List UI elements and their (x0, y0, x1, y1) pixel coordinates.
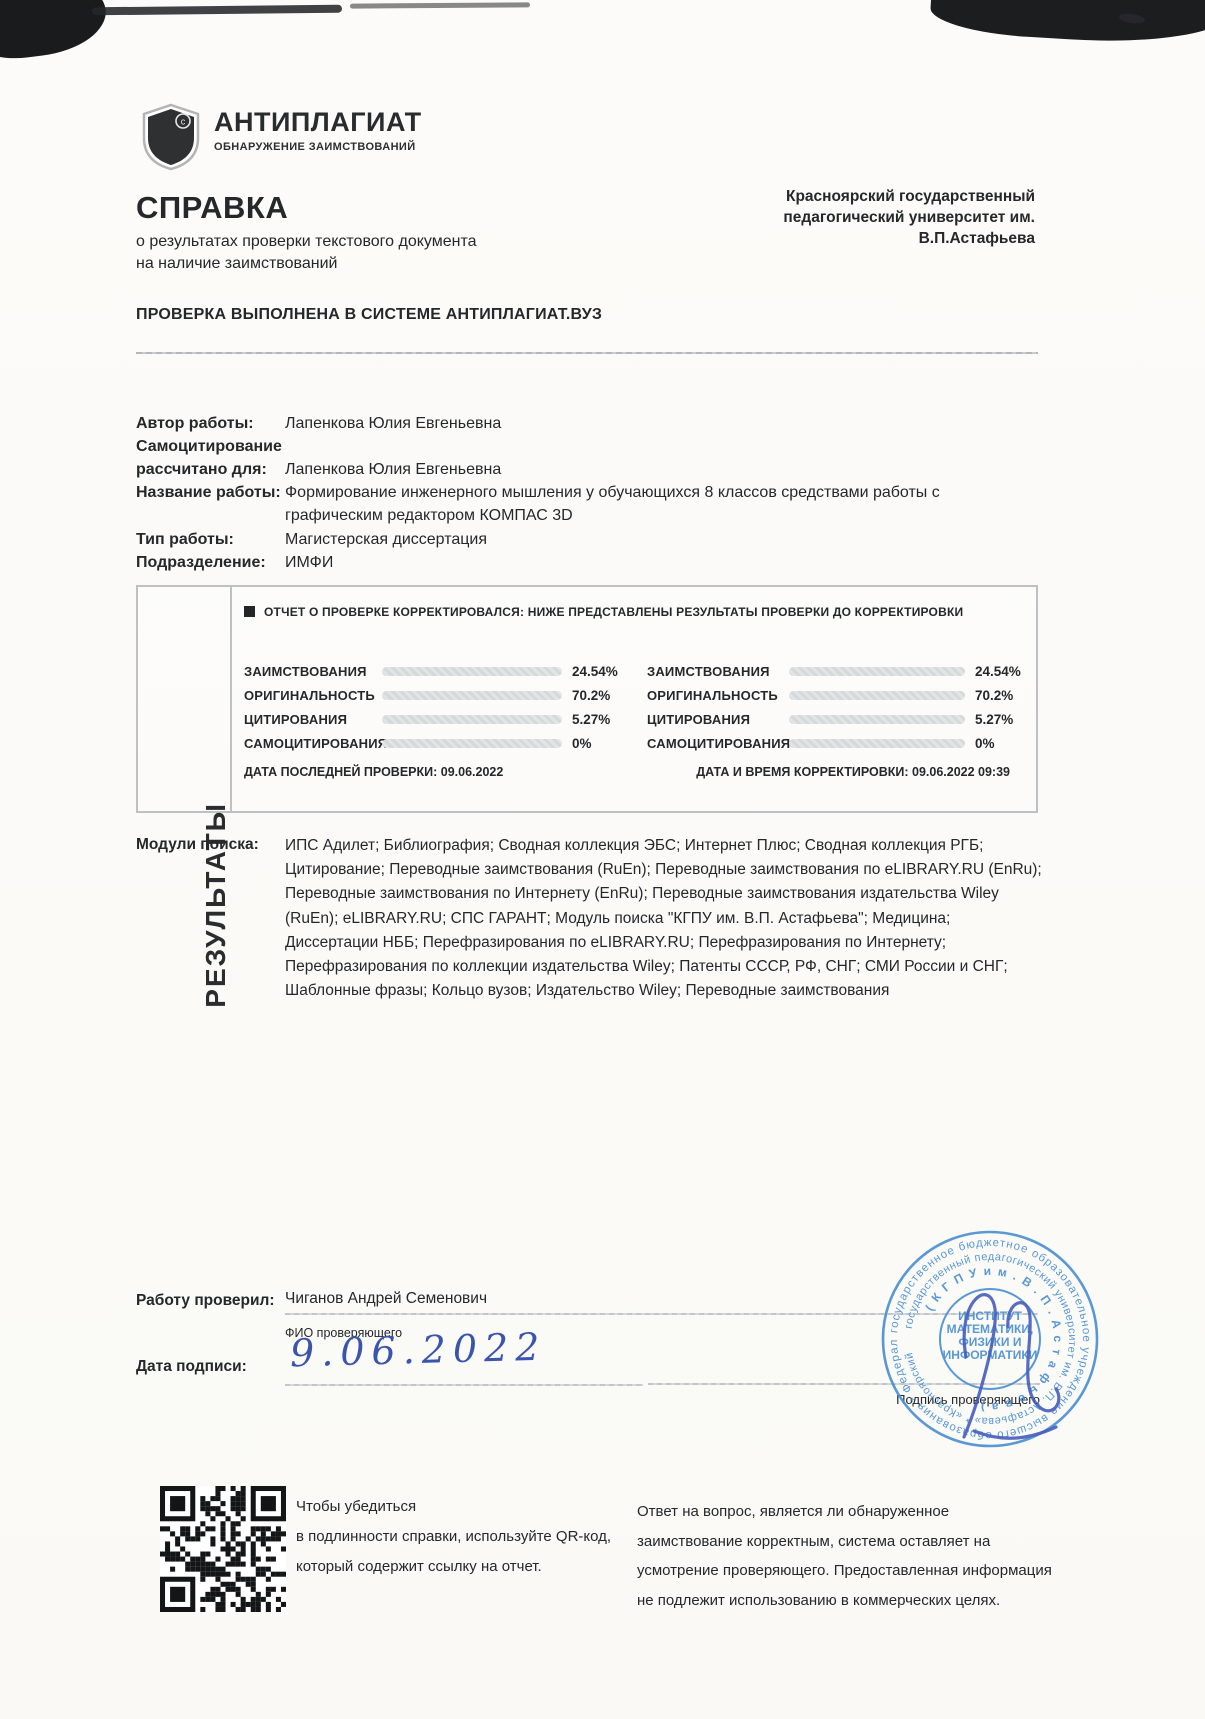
metric-row: САМОЦИТИРОВАНИЯ 0% (647, 731, 1021, 755)
metric-value: 70.2% (572, 688, 610, 703)
metric-label: ЦИТИРОВАНИЯ (244, 712, 382, 727)
correction-date: ДАТА И ВРЕМЯ КОРРЕКТИРОВКИ: 09.06.2022 0… (696, 765, 1010, 779)
metric-value: 5.27% (572, 712, 610, 727)
correction-notice-text: ОТЧЕТ О ПРОВЕРКЕ КОРРЕКТИРОВАЛСЯ: НИЖЕ П… (264, 605, 963, 619)
metric-row: САМОЦИТИРОВАНИЯ 0% (244, 731, 618, 755)
metric-row: ЦИТИРОВАНИЯ 5.27% (244, 707, 618, 731)
metric-label: САМОЦИТИРОВАНИЯ (244, 736, 382, 751)
logo-title: АНТИПЛАГИАТ (214, 109, 422, 136)
antiplagiat-logo: c АНТИПЛАГИАТ ОБНАРУЖЕНИЕ ЗАИМСТВОВАНИЙ (140, 103, 422, 171)
metric-value: 24.54% (572, 664, 618, 679)
modules-label: Модули поиска: (136, 836, 259, 854)
metric-value: 5.27% (975, 712, 1013, 727)
scan-artifact (92, 5, 342, 16)
scanned-certificate-page: c АНТИПЛАГИАТ ОБНАРУЖЕНИЕ ЗАИМСТВОВАНИЙ … (0, 0, 1205, 1719)
metric-bar (789, 691, 965, 700)
handwritten-date: 9.06.2022 (289, 1325, 546, 1376)
metric-bar (789, 667, 965, 676)
university-stamp: государственное бюджетное образовательно… (858, 1205, 1128, 1475)
metric-label: САМОЦИТИРОВАНИЯ (647, 736, 789, 751)
field-work-title: Название работы:Формирование инженерного… (136, 481, 1037, 527)
field-value: Формирование инженерного мышления у обуч… (285, 481, 1037, 527)
metric-row: ЗАИМСТВОВАНИЯ 24.54% (244, 659, 618, 683)
university-name: Красноярский государственный педагогичес… (782, 186, 1035, 249)
scan-artifact (929, 0, 1205, 49)
checked-by-label: Работу проверил: (136, 1292, 275, 1310)
logo-subtitle: ОБНАРУЖЕНИЕ ЗАИМСТВОВАНИЙ (214, 141, 422, 153)
metric-bar (382, 715, 562, 724)
svg-text:c: c (181, 117, 186, 127)
last-check-date: ДАТА ПОСЛЕДНЕЙ ПРОВЕРКИ: 09.06.2022 (244, 765, 503, 779)
checked-by-value: Чиганов Андрей Семенович (285, 1290, 487, 1308)
page-title: СПРАВКА (136, 190, 288, 226)
field-label: Тип работы: (136, 528, 285, 551)
field-value: ИМФИ (285, 551, 1037, 574)
disclaimer-text: Ответ на вопрос, является ли обнаруженно… (637, 1497, 1055, 1615)
sign-date-label: Дата подписи: (136, 1358, 247, 1376)
field-value: Лапенкова Юлия Евгеньевна (285, 412, 1037, 435)
field-value: Магистерская диссертация (285, 528, 1037, 551)
results-panel: РЕЗУЛЬТАТЫ ОТЧЕТ О ПРОВЕРКЕ КОРРЕКТИРОВА… (136, 585, 1038, 813)
shield-icon: c (140, 103, 202, 171)
results-sidebar-title: РЕЗУЛЬТАТЫ (200, 802, 232, 1008)
field-value: Лапенкова Юлия Евгеньевна (285, 458, 1037, 481)
modules-text: ИПС Адилет; Библиография; Сводная коллек… (285, 834, 1042, 1003)
svg-text:МАТЕМАТИКИ,: МАТЕМАТИКИ, (947, 1322, 1034, 1336)
metric-bar (789, 715, 965, 724)
metric-bar (382, 691, 562, 700)
metric-label: ЦИТИРОВАНИЯ (647, 712, 789, 727)
metric-bar (789, 739, 965, 748)
metric-bar (382, 739, 562, 748)
correction-notice: ОТЧЕТ О ПРОВЕРКЕ КОРРЕКТИРОВАЛСЯ: НИЖЕ П… (244, 605, 963, 619)
field-work-type: Тип работы:Магистерская диссертация (136, 528, 1037, 551)
square-bullet-icon (244, 606, 255, 617)
field-selfcitation: Самоцитирование рассчитано для:Лапенкова… (136, 435, 1037, 481)
field-label: Подразделение: (136, 551, 285, 574)
metric-row: ЦИТИРОВАНИЯ 5.27% (647, 707, 1021, 731)
results-sidebar: РЕЗУЛЬТАТЫ (138, 587, 232, 811)
metric-row: ОРИГИНАЛЬНОСТЬ 70.2% (647, 683, 1021, 707)
metric-label: ОРИГИНАЛЬНОСТЬ (647, 688, 789, 703)
field-author: Автор работы:Лапенкова Юлия Евгеньевна (136, 412, 1037, 435)
metric-value: 0% (572, 736, 592, 751)
field-label: Автор работы: (136, 412, 285, 435)
metrics-column-right: ЗАИМСТВОВАНИЯ 24.54% ОРИГИНАЛЬНОСТЬ 70.2… (647, 659, 1021, 755)
metric-label: ЗАИМСТВОВАНИЯ (647, 664, 789, 679)
results-content: ОТЧЕТ О ПРОВЕРКЕ КОРРЕКТИРОВАЛСЯ: НИЖЕ П… (232, 587, 1036, 811)
system-check-heading: ПРОВЕРКА ВЫПОЛНЕНА В СИСТЕМЕ АНТИПЛАГИАТ… (136, 306, 602, 324)
qr-code (160, 1486, 286, 1612)
field-label: Название работы: (136, 481, 285, 504)
metric-value: 70.2% (975, 688, 1013, 703)
metric-label: ОРИГИНАЛЬНОСТЬ (244, 688, 382, 703)
metrics-column-left: ЗАИМСТВОВАНИЯ 24.54% ОРИГИНАЛЬНОСТЬ 70.2… (244, 659, 618, 755)
field-label: Самоцитирование рассчитано для: (136, 435, 285, 481)
metric-value: 0% (975, 736, 995, 751)
metric-row: ЗАИМСТВОВАНИЯ 24.54% (647, 659, 1021, 683)
field-department: Подразделение:ИМФИ (136, 551, 1037, 574)
metric-value: 24.54% (975, 664, 1021, 679)
metric-row: ОРИГИНАЛЬНОСТЬ 70.2% (244, 683, 618, 707)
scan-artifact (350, 2, 530, 8)
divider (136, 352, 1038, 354)
signature-line (285, 1384, 643, 1386)
metric-label: ЗАИМСТВОВАНИЯ (244, 664, 382, 679)
metric-bar (382, 667, 562, 676)
qr-caption: Чтобы убедиться в подлинности справки, и… (296, 1492, 611, 1582)
page-subtitle: о результатах проверки текстового докуме… (136, 231, 477, 275)
